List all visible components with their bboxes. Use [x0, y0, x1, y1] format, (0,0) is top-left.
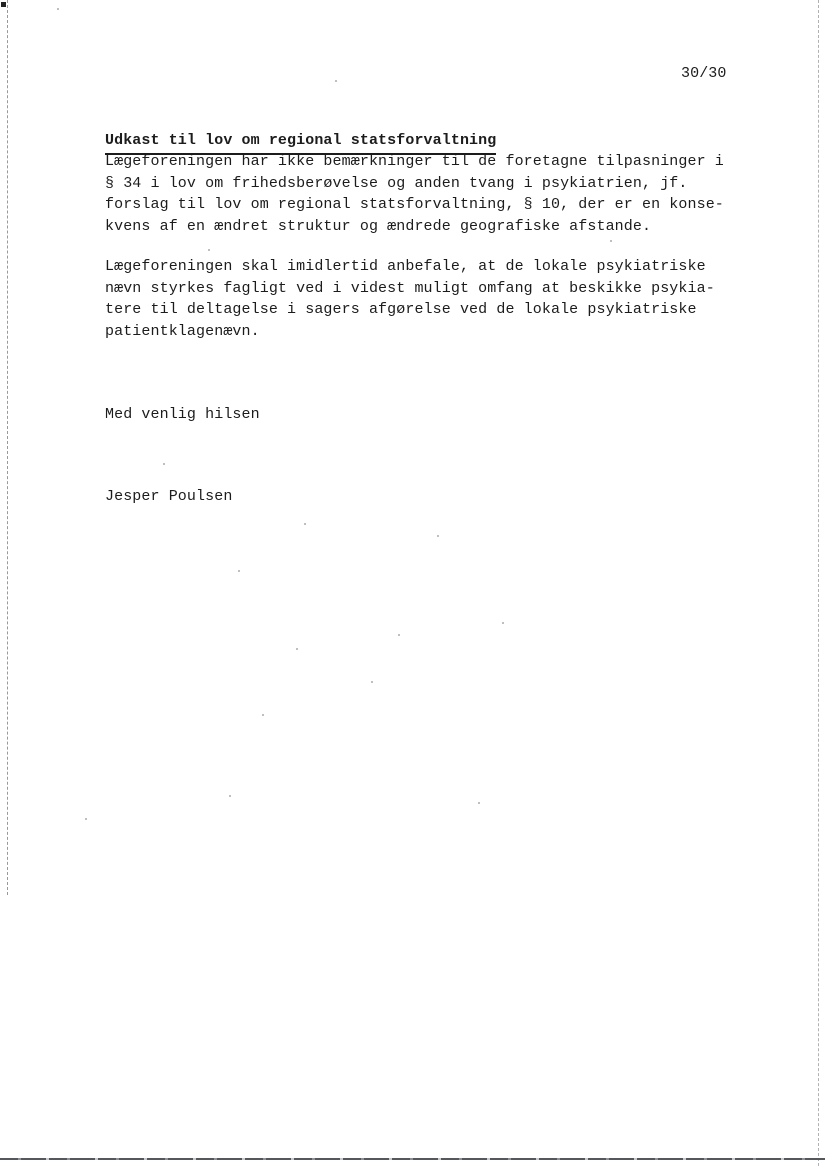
scan-speck: [502, 622, 504, 624]
scan-speck: [163, 463, 165, 465]
page-number: 30/30: [681, 63, 727, 85]
scan-speck: [304, 523, 306, 525]
letter-paragraph-2: Lægeforeningen skal imidlertid anbefale,…: [105, 256, 715, 343]
letter-paragraph-1: Lægeforeningen har ikke bemærkninger til…: [105, 151, 724, 238]
scan-speck: [478, 802, 480, 804]
scan-speck: [57, 8, 59, 10]
signature-name: Jesper Poulsen: [105, 486, 232, 508]
scan-speck: [296, 648, 298, 650]
scan-speck: [262, 714, 264, 716]
scan-edge-line-right: [818, 0, 819, 1166]
scan-speck: [371, 681, 373, 683]
scan-speck: [437, 535, 439, 537]
scan-bottom-bar: [0, 1158, 825, 1160]
scan-speck: [610, 240, 612, 242]
scan-speck: [398, 634, 400, 636]
scan-speck: [208, 249, 210, 251]
scan-speck: [85, 818, 87, 820]
scan-speck: [229, 795, 231, 797]
scan-speck: [238, 570, 240, 572]
scan-corner-mark: [1, 2, 6, 7]
closing-salutation: Med venlig hilsen: [105, 404, 260, 426]
scan-edge-line-left: [7, 0, 8, 895]
scan-speck: [335, 80, 337, 82]
scanned-letter-page: 30/30 Udkast til lov om regional statsfo…: [0, 0, 825, 1168]
